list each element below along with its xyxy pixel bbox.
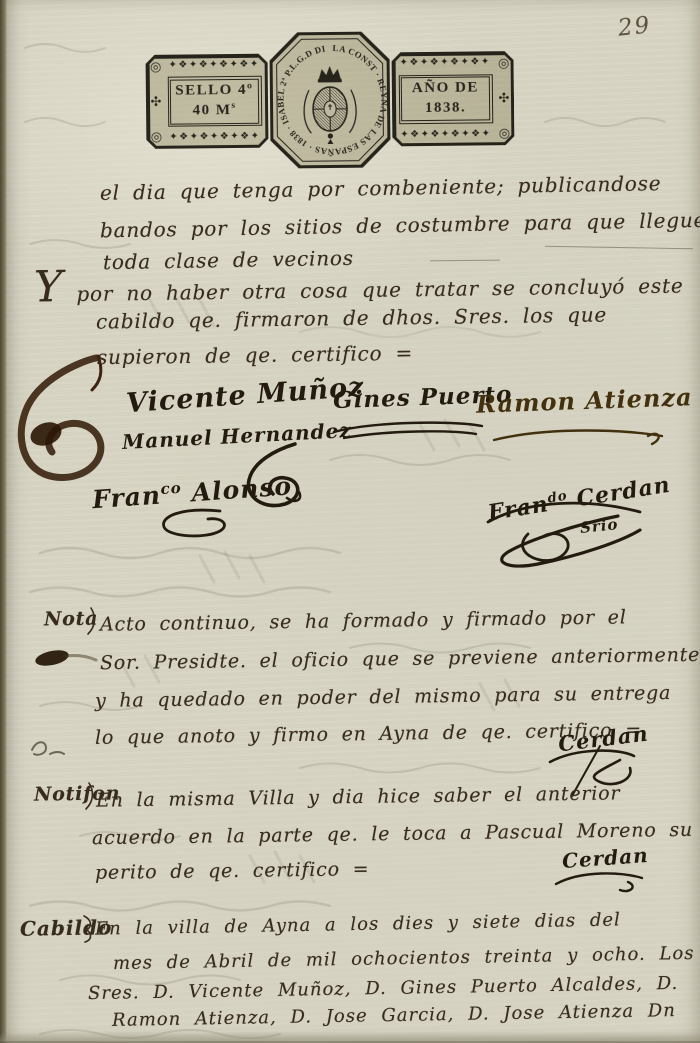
bullseye-ornament-icon: ◎ xyxy=(151,130,162,143)
stamp-sello-line: SELLO 4º xyxy=(171,80,258,100)
ornament-band: ✦❖✦❖✦❖✦❖✦ xyxy=(397,129,495,141)
stamp-center-octagon: LA CONST · REYNA DE LAS ESPAÑAS · 1838 ·… xyxy=(267,29,392,170)
ornament-band: ✦❖✦❖✦❖✦❖✦ xyxy=(165,59,263,71)
stamp-left-ornaments: ◎ ✣ ◎ xyxy=(148,57,164,146)
label-brace-mark xyxy=(84,783,96,811)
cross-ornament-icon: ✣ xyxy=(150,95,161,108)
stamp-right-ornaments: ◎ ✣ ◎ xyxy=(496,54,512,143)
bullseye-ornament-icon: ◎ xyxy=(150,60,161,73)
ink-smudge xyxy=(30,644,100,674)
stamp-left-box: ◎ ✣ ◎ ✦❖✦❖✦❖✦❖✦ SELLO 4º 40 Ms ✦❖✦❖✦❖✦❖✦ xyxy=(146,54,269,149)
ornament-band: ✦❖✦❖✦❖✦❖✦ xyxy=(396,57,494,69)
folio-number: 29 xyxy=(617,12,653,41)
signature-rubric xyxy=(150,505,240,545)
stamp-denomination: SELLO 4º 40 Ms xyxy=(170,78,259,124)
manuscript-line: perito de qe. certifico = xyxy=(95,858,370,884)
manuscript-page: 29 ◎ ✣ ◎ ✦❖✦❖✦❖✦❖✦ SELLO 4º 40 Ms ✦❖✦❖✦❖… xyxy=(0,0,700,1043)
signature-rubric xyxy=(468,492,663,577)
cross-ornament-icon: ✣ xyxy=(498,92,509,105)
bullseye-ornament-icon: ◎ xyxy=(499,127,510,140)
stamp-right-box: ✦❖✦❖✦❖✦❖✦ AÑO DE 1838. ✦❖✦❖✦❖✦❖✦ ◎ ✣ ◎ xyxy=(392,51,515,146)
stamp-1838-line: 1838. xyxy=(402,98,489,118)
stamp-year: AÑO DE 1838. xyxy=(401,76,490,121)
signature-underline-flourish xyxy=(330,418,490,444)
stamp-ano-line: AÑO DE xyxy=(402,78,489,98)
page-bottom-edge xyxy=(0,1032,700,1043)
manuscript-line: supieron de qe. certifico = xyxy=(97,341,413,369)
signature-underline-flourish xyxy=(490,424,670,450)
ornament-band: ✦❖✦❖✦❖✦❖✦ xyxy=(166,131,264,143)
marginal-mark xyxy=(26,736,66,762)
signature-rubric xyxy=(552,866,652,901)
signature-rubric-large xyxy=(8,352,133,492)
bullseye-ornament-icon: ◎ xyxy=(498,57,509,70)
stamp-price-line: 40 Ms xyxy=(171,100,258,121)
revenue-stamp: ◎ ✣ ◎ ✦❖✦❖✦❖✦❖✦ SELLO 4º 40 Ms ✦❖✦❖✦❖✦❖✦ xyxy=(145,28,514,172)
label-brace-mark xyxy=(86,608,98,636)
label-brace-mark xyxy=(82,914,94,944)
